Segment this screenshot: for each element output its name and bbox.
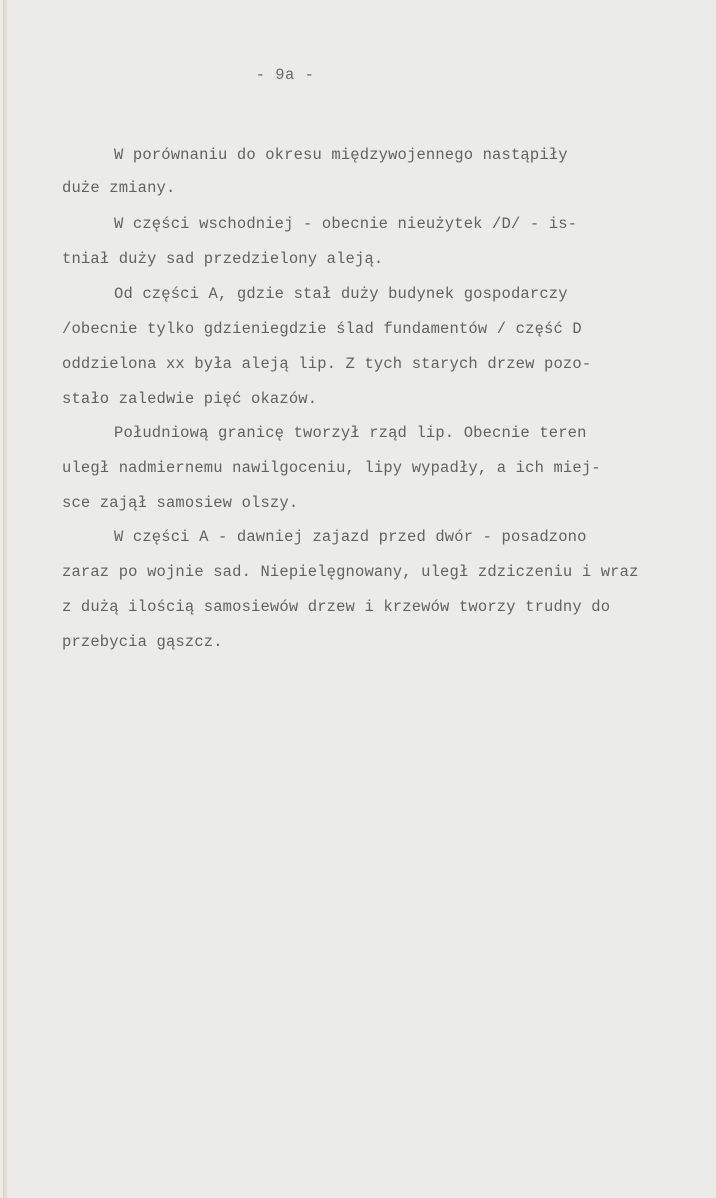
paragraph-5-line-2: zaraz po wojnie sad. Niepielęgnowany, ul… (62, 563, 639, 581)
paragraph-5-line-4: przebycia gąszcz. (62, 633, 223, 651)
paragraph-1-line-2: duże zmiany. (62, 179, 175, 197)
paragraph-2-line-2: tniał duży sad przedzielony aleją. (62, 250, 383, 268)
document-page: - 9a - W porównaniu do okresu międzywoje… (0, 0, 716, 1198)
paragraph-3-line-1: Od części A, gdzie stał duży budynek gos… (114, 285, 568, 303)
paragraph-3-line-2: /obecnie tylko gdzieniegdzie ślad fundam… (62, 320, 582, 338)
page-edge (3, 0, 7, 1198)
paragraph-4-line-3: sce zajął samosiew olszy. (62, 494, 298, 512)
paragraph-4-line-2: uległ nadmiernemu nawilgoceniu, lipy wyp… (62, 459, 601, 477)
paragraph-5-line-3: z dużą ilością samosiewów drzew i krzewó… (62, 598, 610, 616)
paragraph-5-line-1: W części A - dawniej zajazd przed dwór -… (114, 528, 587, 546)
page-number: - 9a - (0, 66, 570, 84)
paragraph-4-line-1: Południową granicę tworzył rząd lip. Obe… (114, 424, 587, 442)
paragraph-3-line-4: stało zaledwie pięć okazów. (62, 390, 317, 408)
paragraph-3-line-3: oddzielona xx była aleją lip. Z tych sta… (62, 355, 591, 373)
paragraph-1-line-1: W porównaniu do okresu międzywojennego n… (114, 146, 568, 164)
paragraph-2-line-1: W części wschodniej - obecnie nieużytek … (114, 215, 577, 233)
